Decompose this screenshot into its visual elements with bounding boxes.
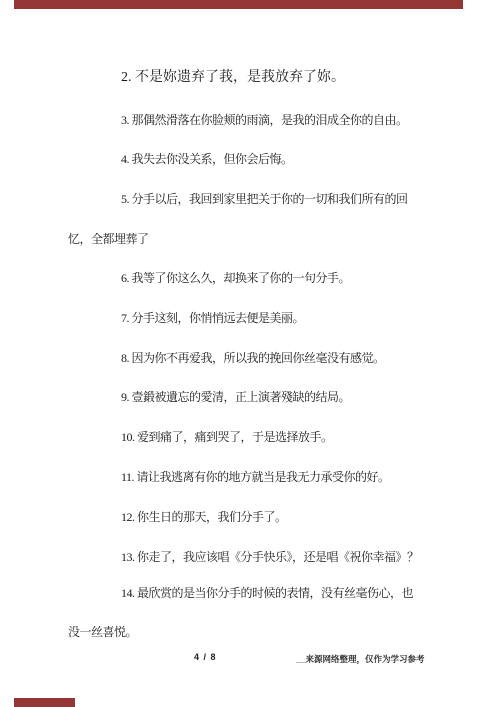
top-divider-bar [14,0,463,9]
quote-line: 10. 爱到痛了，痛到哭了，于是选择放手。 [121,429,333,446]
quote-line-continuation: 忆，全都埋葬了 [68,231,149,248]
quote-line-continuation: 没一丝喜悦。 [68,624,137,641]
quote-line: 4. 我失去你没关系，但你会后悔。 [121,151,293,168]
quote-line: 8. 因为你不再爱我，所以我的挽回你丝毫没有感觉。 [121,350,385,367]
quote-line: 12. 你生日的那天，我们分手了。 [121,509,287,526]
quote-line: 6. 我等了你这么久，却换来了你的一句分手。 [121,270,350,287]
quote-line: 3. 那偶然滑落在你脸颊的雨滴，是我的泪成全你的自由。 [121,112,408,129]
quote-line: 11. 请让我逃离有你的地方就当是我无力承受你的好。 [121,469,390,486]
bottom-divider-bar [14,698,75,707]
quote-line: 7. 分手这刻，你悄悄远去便是美丽。 [121,310,304,327]
quote-line: 2. 不是妳遗弃了莪，是莪放弃了妳。 [121,69,345,86]
quote-line: 14. 最欣赏的是当你分手的时候的表情，没有丝毫伤心，也 [121,585,413,602]
document-page: 2. 不是妳遗弃了莪，是莪放弃了妳。 3. 那偶然滑落在你脸颊的雨滴，是我的泪成… [0,0,500,707]
quote-line: 13. 你走了，我应该唱《分手快乐》，还是唱《祝你幸福》？ [121,549,419,566]
page-number-indicator: 4 / 8 [194,652,217,662]
source-note: __来源网络整理，仅作为学习参考 [296,653,424,665]
quote-line: 5. 分手以后，我回到家里把关于你的一切和我们所有的回 [121,191,408,208]
quote-line: 9. 壹鍛被遺忘的愛清，正上演著殘缺的结局。 [121,389,350,406]
